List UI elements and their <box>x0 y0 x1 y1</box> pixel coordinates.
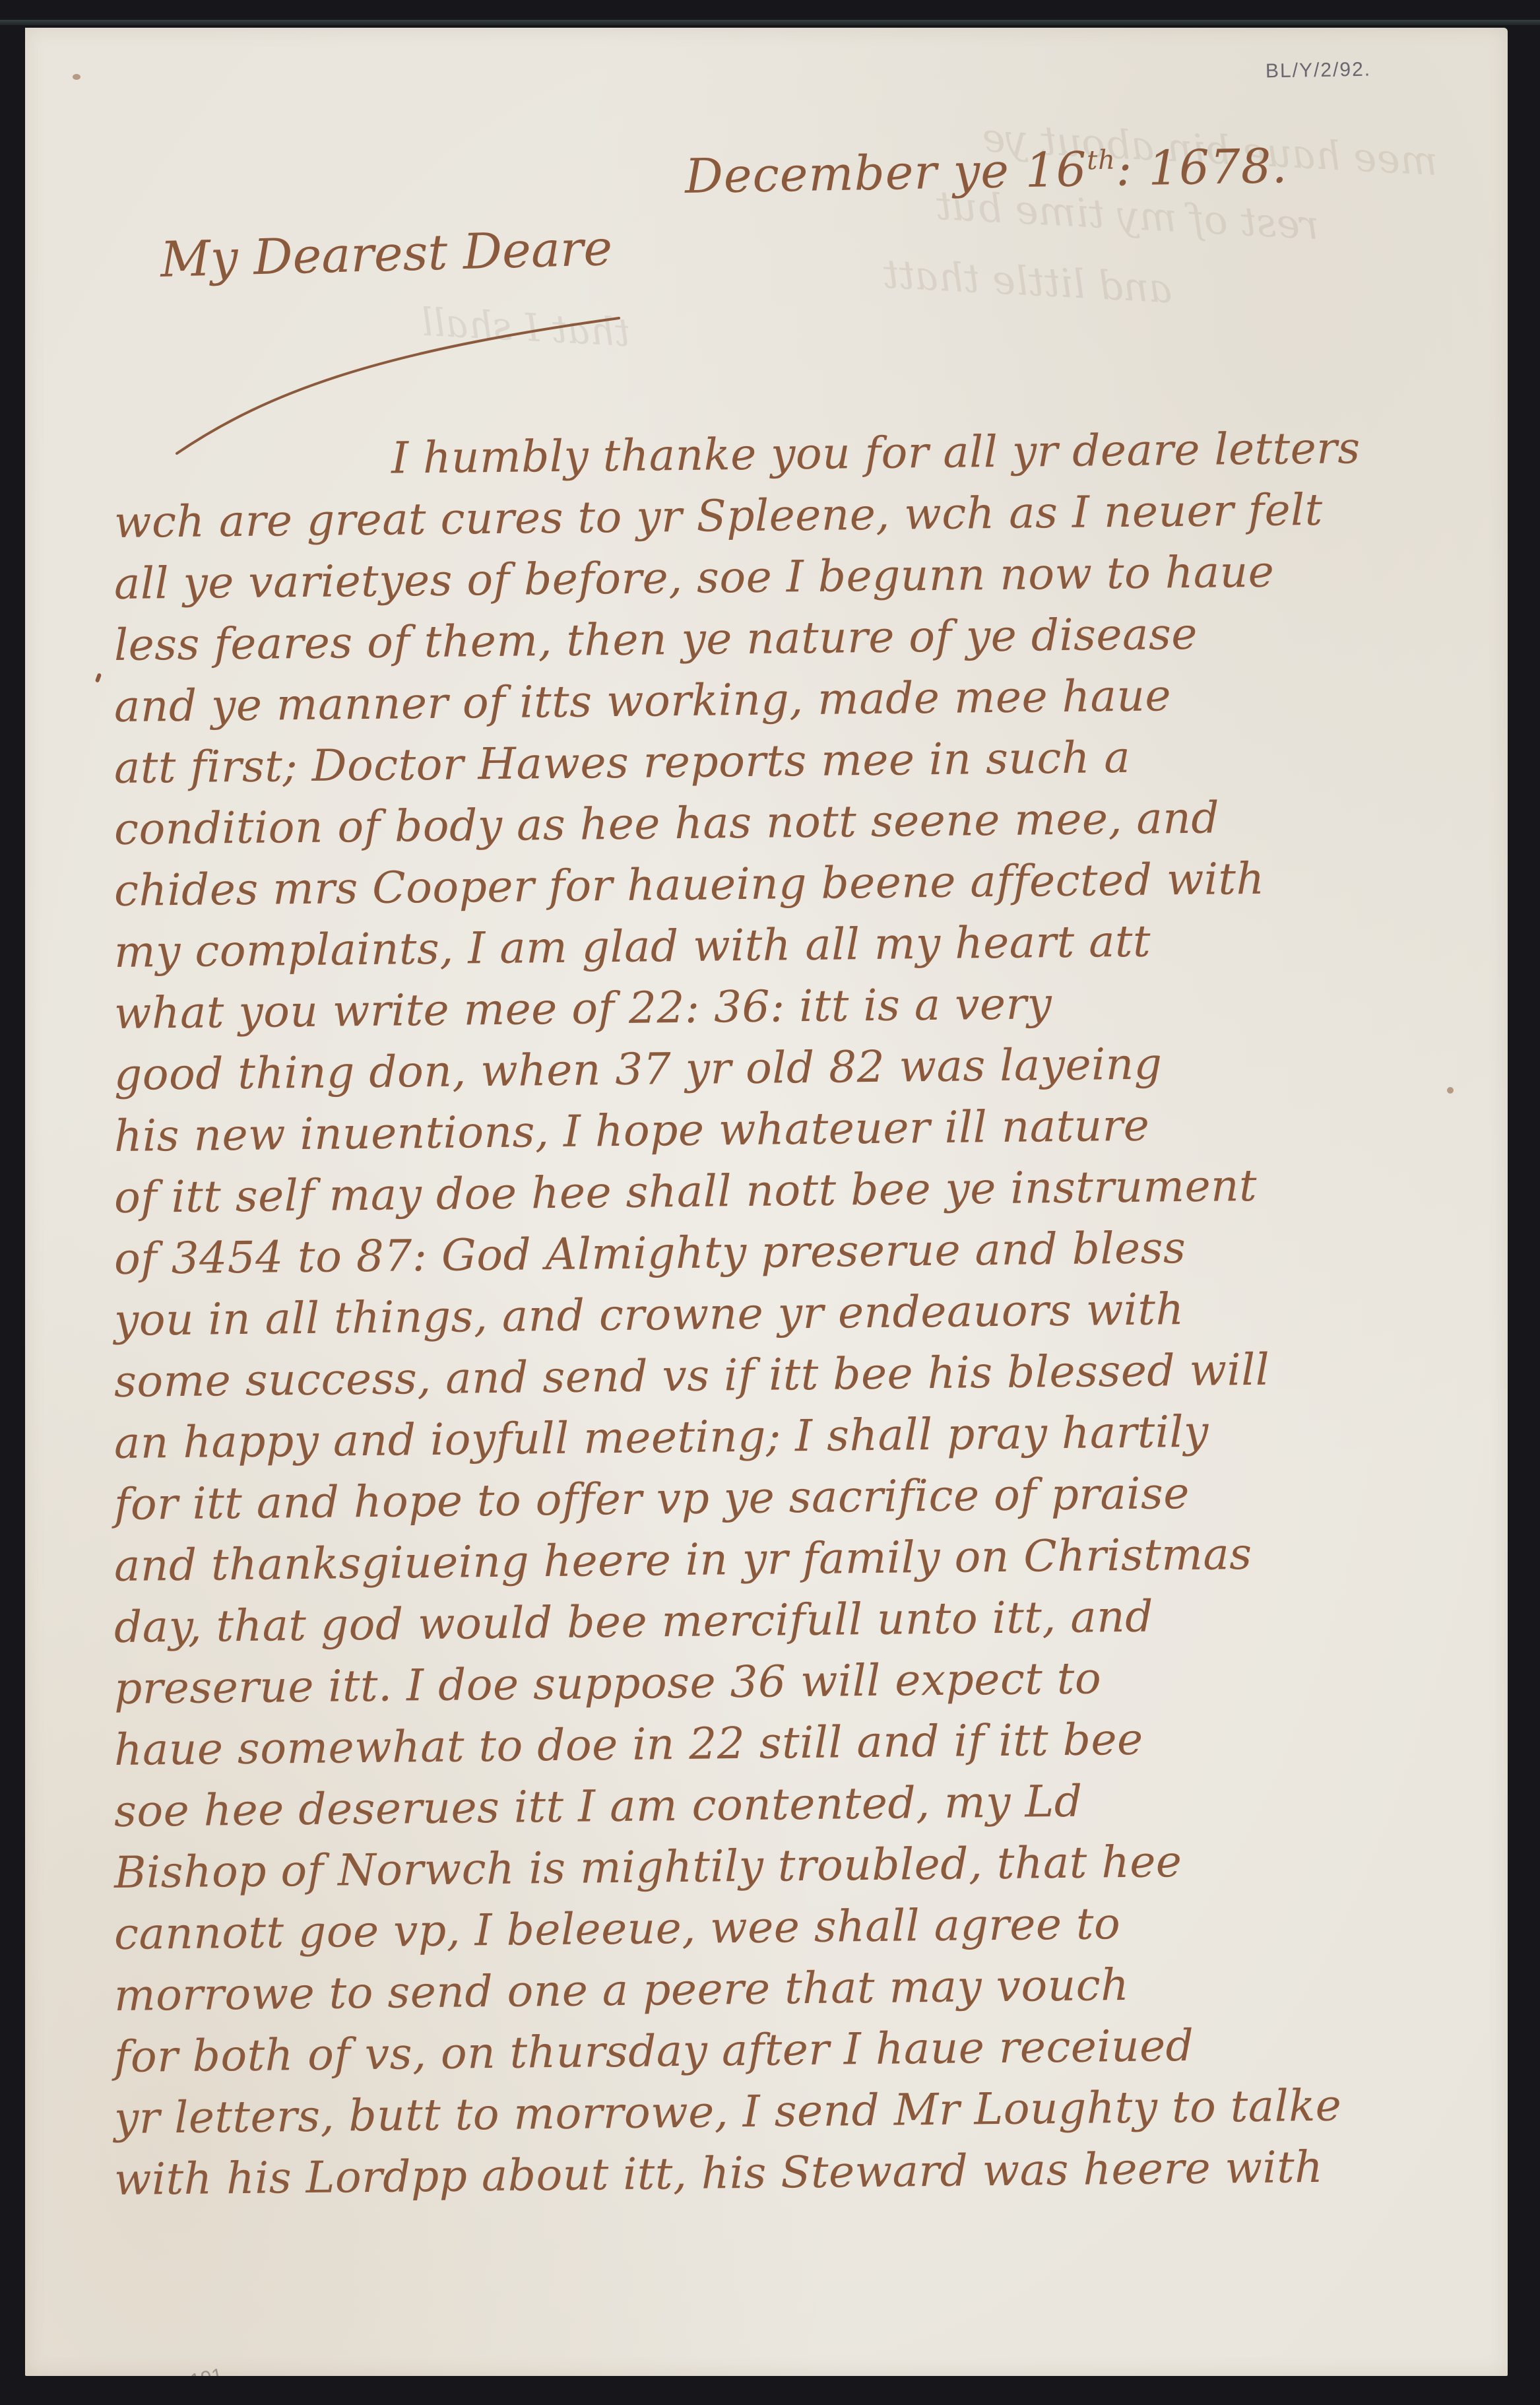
folio-number: 191 <box>188 2364 225 2376</box>
bleed-through-text: and little thatt <box>882 251 1173 313</box>
letter-body: I humbly thanke you for all yr deare let… <box>114 430 1508 2210</box>
ink-mark <box>95 673 102 682</box>
salutation: My Dearest Deare <box>160 220 613 288</box>
date-superscript: th <box>1087 145 1116 176</box>
date-text: December ye 16 <box>684 141 1087 204</box>
ink-spot <box>73 74 80 80</box>
letter-date: December ye 16th: 1678. <box>684 138 1288 204</box>
mount-edge <box>0 20 1540 25</box>
manuscript-page: mee haue bin about ye rest of my time bu… <box>25 28 1508 2376</box>
archive-reference: BL/Y/2/92. <box>1266 59 1372 83</box>
date-year: : 1678. <box>1115 138 1288 197</box>
